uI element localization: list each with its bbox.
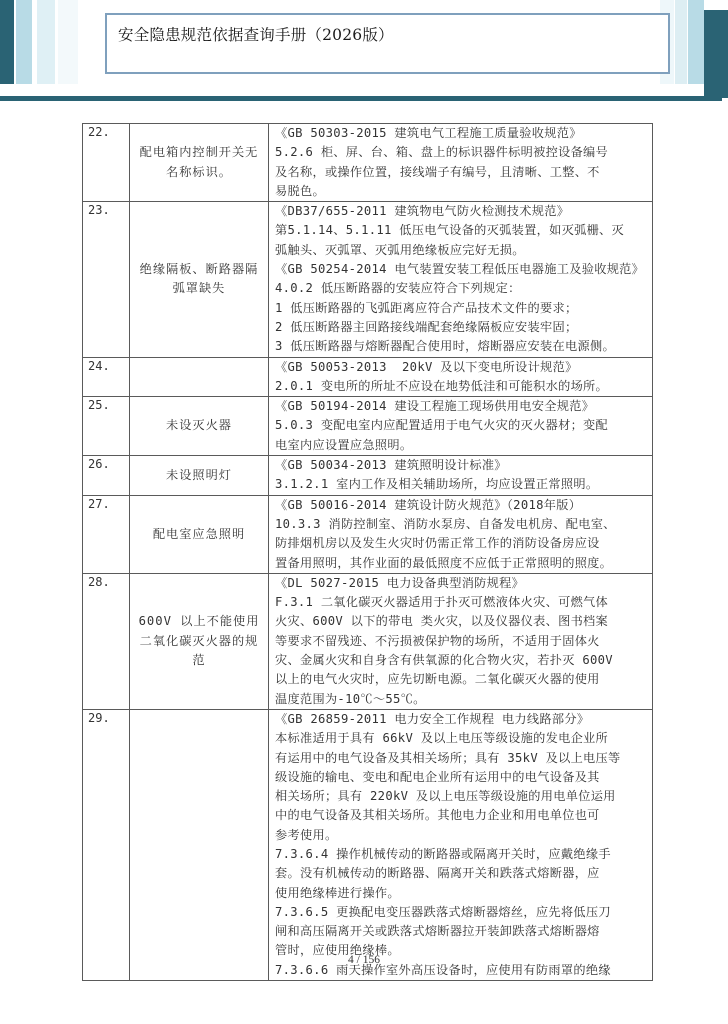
basis-line: 弧触头、灭弧罩、灭弧用绝缘板应完好无损。 [275,241,648,260]
basis-line: 3 低压断路器与熔断器配合使用时，熔断器应安装在电源侧。 [275,337,648,356]
row-number: 24. [83,357,130,397]
basis-line: 2 低压断路器主回路接线端配套绝缘隔板应安装牢固； [275,318,648,337]
page-title: 安全隐患规范依据查询手册（2026版） [118,23,394,45]
hazard-item: 绝缘隔板、断路器隔弧罩缺失 [130,202,269,357]
table-row: 26.未设照明灯《GB 50034-2013 建筑照明设计标准》3.1.2.1 … [83,456,653,496]
basis-line: 3.1.2.1 室内工作及相关辅助场所，均应设置正常照明。 [275,475,648,494]
basis-line: 级设施的输电、变电和配电企业所有运用中的电气设备及其 [275,768,648,787]
basis-line: 5.2.6 柜、屏、台、箱、盘上的标识器件标明被控设备编号 [275,143,648,162]
basis-line: 易脱色。 [275,182,648,201]
basis-line: 7.3.6.5 更换配电变压器跌落式熔断器熔丝，应先将低压刀 [275,903,648,922]
regulation-table: 22.配电箱内控制开关无名称标识。《GB 50303-2015 建筑电气工程施工… [82,123,653,981]
basis-line: 《DB37/655-2011 建筑物电气防火检测技术规范》 [275,202,648,221]
decor-bar [675,0,687,84]
row-number: 28. [83,573,130,709]
basis-line: 电室内应设置应急照明。 [275,436,648,455]
basis-line: 《GB 50034-2013 建筑照明设计标准》 [275,456,648,475]
basis-line: 参考使用。 [275,826,648,845]
basis-line: 以上的电气火灾时，应先切断电源。二氧化碳灭火器的使用 [275,670,648,689]
basis-line: 及名称，或操作位置，接线端子有编号，且清晰、工整、不 [275,163,648,182]
table-row: 24.《GB 50053-2013 20kV 及以下变电所设计规范》2.0.1 … [83,357,653,397]
basis-line: 闸和高压隔离开关或跌落式熔断器拉开装卸跌落式熔断器熔 [275,922,648,941]
basis-line: 火灾、600V 以下的带电 类火灾，以及仪器仪表、图书档案 [275,612,648,631]
table-row: 27.配电室应急照明《GB 50016-2014 建筑设计防火规范》（2018年… [83,495,653,573]
table-row: 28.600V 以上不能使用二氧化碳灭火器的规范《DL 5027-2015 电力… [83,573,653,709]
regulation-basis: 《GB 26859-2011 电力安全工作规程 电力线路部分》本标准适用于具有 … [269,709,653,980]
hazard-item: 600V 以上不能使用二氧化碳灭火器的规范 [130,573,269,709]
hazard-item: 配电箱内控制开关无名称标识。 [130,124,269,202]
decor-bar [704,10,728,98]
decor-bar [16,0,32,84]
basis-line: 本标准适用于具有 66kV 及以上电压等级设施的发电企业所 [275,729,648,748]
basis-line: 等要求不留残迹、不污损被保护物的场所，不适用于固体火 [275,632,648,651]
row-number: 22. [83,124,130,202]
basis-line: 第5.1.14、5.1.11 低压电气设备的灭弧装置，如灭弧栅、灭 [275,221,648,240]
basis-line: 《GB 50053-2013 20kV 及以下变电所设计规范》 [275,358,648,377]
row-number: 27. [83,495,130,573]
header-rule [0,96,722,101]
hazard-item: 未设灭火器 [130,397,269,456]
basis-line: 10.3.3 消防控制室、消防水泵房、自备发电机房、配电室、 [275,515,648,534]
row-number: 29. [83,709,130,980]
basis-line: 5.0.3 变配电室内应配置适用于电气火灾的灭火器材；变配 [275,416,648,435]
hazard-item: 配电室应急照明 [130,495,269,573]
basis-line: 《DL 5027-2015 电力设备典型消防规程》 [275,574,648,593]
hazard-item [130,709,269,980]
row-number: 23. [83,202,130,357]
basis-line: 2.0.1 变电所的所址不应设在地势低洼和可能积水的场所。 [275,377,648,396]
page-indicator: 4 / 156 [0,954,728,966]
regulation-basis: 《GB 50034-2013 建筑照明设计标准》3.1.2.1 室内工作及相关辅… [269,456,653,496]
decor-bar [688,0,704,84]
table-row: 29.《GB 26859-2011 电力安全工作规程 电力线路部分》本标准适用于… [83,709,653,980]
basis-line: 中的电气设备及其相关场所。其他电力企业和用电单位也可 [275,806,648,825]
basis-line: 《GB 50254-2014 电气装置安装工程低压电器施工及验收规范》 [275,260,648,279]
decor-bar [0,0,14,84]
basis-line: 《GB 50194-2014 建设工程施工现场供用电安全规范》 [275,397,648,416]
basis-line: 相关场所；具有 220kV 及以上电压等级设施的用电单位运用 [275,787,648,806]
regulation-basis: 《DL 5027-2015 电力设备典型消防规程》F.3.1 二氧化碳灭火器适用… [269,573,653,709]
basis-line: 有运用中的电气设备及其相关场所；具有 35kV 及以上电压等 [275,749,648,768]
basis-line: 灾、金属火灾和自身含有供氧源的化合物火灾，若扑灭 600V [275,651,648,670]
basis-line: 《GB 50016-2014 建筑设计防火规范》（2018年版） [275,496,648,515]
basis-line: 温度范围为-10℃～55℃。 [275,690,648,709]
table-row: 22.配电箱内控制开关无名称标识。《GB 50303-2015 建筑电气工程施工… [83,124,653,202]
row-number: 25. [83,397,130,456]
basis-line: 置备用照明，其作业面的最低照度不应低于正常照明的照度。 [275,554,648,573]
decor-bar [58,0,78,84]
basis-line: 《GB 26859-2011 电力安全工作规程 电力线路部分》 [275,710,648,729]
regulation-basis: 《GB 50053-2013 20kV 及以下变电所设计规范》2.0.1 变电所… [269,357,653,397]
table-row: 23.绝缘隔板、断路器隔弧罩缺失《DB37/655-2011 建筑物电气防火检测… [83,202,653,357]
title-box: 安全隐患规范依据查询手册（2026版） [105,13,670,74]
hazard-item: 未设照明灯 [130,456,269,496]
basis-line: F.3.1 二氧化碳灭火器适用于扑灭可燃液体火灾、可燃气体 [275,593,648,612]
decor-bar [37,0,55,84]
basis-line: 7.3.6.4 操作机械传动的断路器或隔离开关时，应戴绝缘手 [275,845,648,864]
basis-line: 4.0.2 低压断路器的安装应符合下列规定： [275,279,648,298]
basis-line: 防排烟机房以及发生火灾时仍需正常工作的消防设备房应设 [275,534,648,553]
hazard-item [130,357,269,397]
basis-line: 《GB 50303-2015 建筑电气工程施工质量验收规范》 [275,124,648,143]
regulation-basis: 《GB 50194-2014 建设工程施工现场供用电安全规范》5.0.3 变配电… [269,397,653,456]
row-number: 26. [83,456,130,496]
regulation-basis: 《DB37/655-2011 建筑物电气防火检测技术规范》第5.1.14、5.1… [269,202,653,357]
basis-line: 1 低压断路器的飞弧距离应符合产品技术文件的要求； [275,299,648,318]
regulation-basis: 《GB 50303-2015 建筑电气工程施工质量验收规范》5.2.6 柜、屏、… [269,124,653,202]
regulation-basis: 《GB 50016-2014 建筑设计防火规范》（2018年版）10.3.3 消… [269,495,653,573]
table-row: 25.未设灭火器《GB 50194-2014 建设工程施工现场供用电安全规范》5… [83,397,653,456]
basis-line: 套。没有机械传动的断路器、隔离开关和跌落式熔断器，应 [275,864,648,883]
basis-line: 使用绝缘棒进行操作。 [275,884,648,903]
